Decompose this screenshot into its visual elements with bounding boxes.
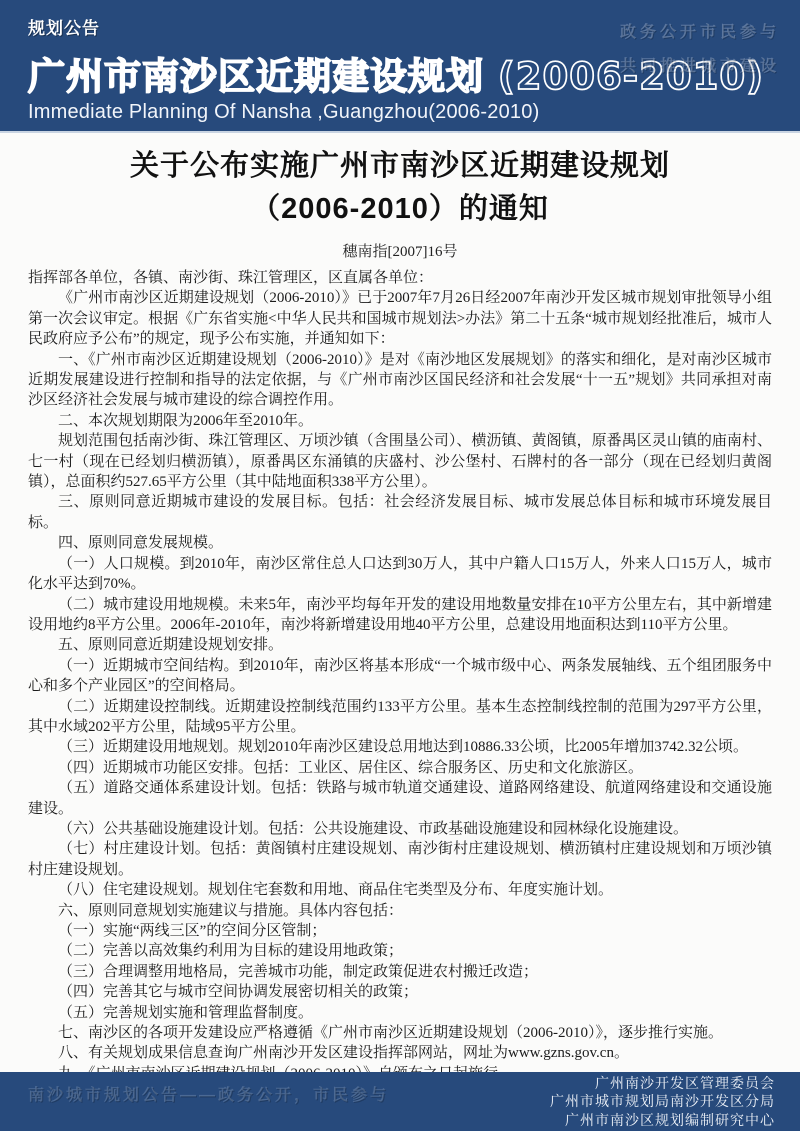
document-title-line2: （2006-2010）的通知 [28, 188, 772, 231]
paragraph: （四）完善其它与城市空间协调发展密切相关的政策； [28, 982, 772, 1002]
notice-page: 规划公告 政务公开市民参与 共同推进城市建设 广州市南沙区近期建设规划 (200… [0, 0, 800, 1131]
header-banner: 规划公告 政务公开市民参与 共同推进城市建设 广州市南沙区近期建设规划 (200… [0, 0, 800, 133]
paragraph: （二）城市建设用地规模。未来5年，南沙平均每年开发的建设用地数量安排在10平方公… [28, 595, 772, 636]
document-title-line1: 关于公布实施广州市南沙区近期建设规划 [28, 145, 772, 188]
paragraph: （三）近期建设用地规划。规划2010年南沙区建设总用地达到10886.33公顷，… [28, 737, 772, 757]
paragraph: （四）近期城市功能区安排。包括：工业区、居住区、综合服务区、历史和文化旅游区。 [28, 758, 772, 778]
header-watermark-line1: 政务公开市民参与 [620, 16, 780, 50]
document-body: 关于公布实施广州市南沙区近期建设规划 （2006-2010）的通知 穗南指[20… [0, 133, 800, 1072]
paragraph: 规划范围包括南沙街、珠江管理区、万顷沙镇（含围垦公司）、横沥镇、黄阁镇，原番禺区… [28, 431, 772, 492]
paragraph: （七）村庄建设计划。包括：黄阁镇村庄建设规划、南沙街村庄建设规划、横沥镇村庄建设… [28, 839, 772, 880]
paragraph: 八、有关规划成果信息查询广州南沙开发区建设指挥部网站，网址为www.gzns.g… [28, 1043, 772, 1063]
document-paragraphs: 《广州市南沙区近期建设规划（2006-2010）》已于2007年7月26日经20… [28, 288, 772, 1072]
footer-org-line: 广州市南沙区规划编制研究中心 [550, 1111, 775, 1130]
paragraph: （六）公共基础设施建设计划。包括：公共设施建设、市政基础设施建设和园林绿化设施建… [28, 819, 772, 839]
paragraph: 四、原则同意发展规模。 [28, 533, 772, 553]
paragraph: （一）近期城市空间结构。到2010年，南沙区将基本形成“一个城市级中心、两条发展… [28, 656, 772, 697]
document-title: 关于公布实施广州市南沙区近期建设规划 （2006-2010）的通知 [28, 145, 772, 231]
footer-org-line: 广州市城市规划局南沙开发区分局 [550, 1092, 775, 1111]
footer-org-line: 广州南沙开发区管理委员会 [550, 1074, 775, 1093]
footer-watermark: 南沙城市规划公告——政务公开，市民参与 [28, 1082, 389, 1105]
paragraph: 《广州市南沙区近期建设规划（2006-2010）》已于2007年7月26日经20… [28, 288, 772, 349]
header-title-english: Immediate Planning Of Nansha ,Guangzhou(… [28, 101, 772, 124]
paragraph: （二）近期建设控制线。近期建设控制线范围约133平方公里。基本生态控制线控制的范… [28, 697, 772, 738]
paragraph: 二、本次规划期限为2006年至2010年。 [28, 411, 772, 431]
salutation: 指挥部各单位，各镇、南沙街、珠江管理区，区直属各单位： [28, 268, 772, 288]
paragraph: 九、《广州市南沙区近期建设规划（2006-2010）》自颁布之日起施行。 [28, 1064, 772, 1072]
header-watermark-line2: 共同推进城市建设 [620, 50, 780, 84]
paragraph: （五）完善规划实施和管理监督制度。 [28, 1003, 772, 1023]
footer-banner: 南沙城市规划公告——政务公开，市民参与 广州南沙开发区管理委员会 广州市城市规划… [0, 1072, 800, 1131]
paragraph: 五、原则同意近期建设规划安排。 [28, 635, 772, 655]
footer-organizations: 广州南沙开发区管理委员会 广州市城市规划局南沙开发区分局 广州市南沙区规划编制研… [550, 1074, 775, 1130]
paragraph: 三、原则同意近期城市建设的发展目标。包括：社会经济发展目标、城市发展总体目标和城… [28, 492, 772, 533]
paragraph: （五）道路交通体系建设计划。包括：铁路与城市轨道交通建设、道路网络建设、航道网络… [28, 778, 772, 819]
paragraph: （一）人口规模。到2010年，南沙区常住总人口达到30万人，其中户籍人口15万人… [28, 554, 772, 595]
paragraph: 一、《广州市南沙区近期建设规划（2006-2010）》是对《南沙地区发展规划》的… [28, 350, 772, 411]
header-watermark: 政务公开市民参与 共同推进城市建设 [620, 16, 780, 84]
paragraph: （二）完善以高效集约利用为目标的建设用地政策； [28, 941, 772, 961]
paragraph: （一）实施“两线三区”的空间分区管制； [28, 921, 772, 941]
paragraph: 七、南沙区的各项开发建设应严格遵循《广州市南沙区近期建设规划（2006-2010… [28, 1023, 772, 1043]
paragraph: （八）住宅建设规划。规划住宅套数和用地、商品住宅类型及分布、年度实施计划。 [28, 880, 772, 900]
document-number: 穗南指[2007]16号 [28, 240, 772, 261]
paragraph: 六、原则同意规划实施建议与措施。具体内容包括： [28, 901, 772, 921]
paragraph: （三）合理调整用地格局，完善城市功能，制定政策促进农村搬迁改造； [28, 962, 772, 982]
